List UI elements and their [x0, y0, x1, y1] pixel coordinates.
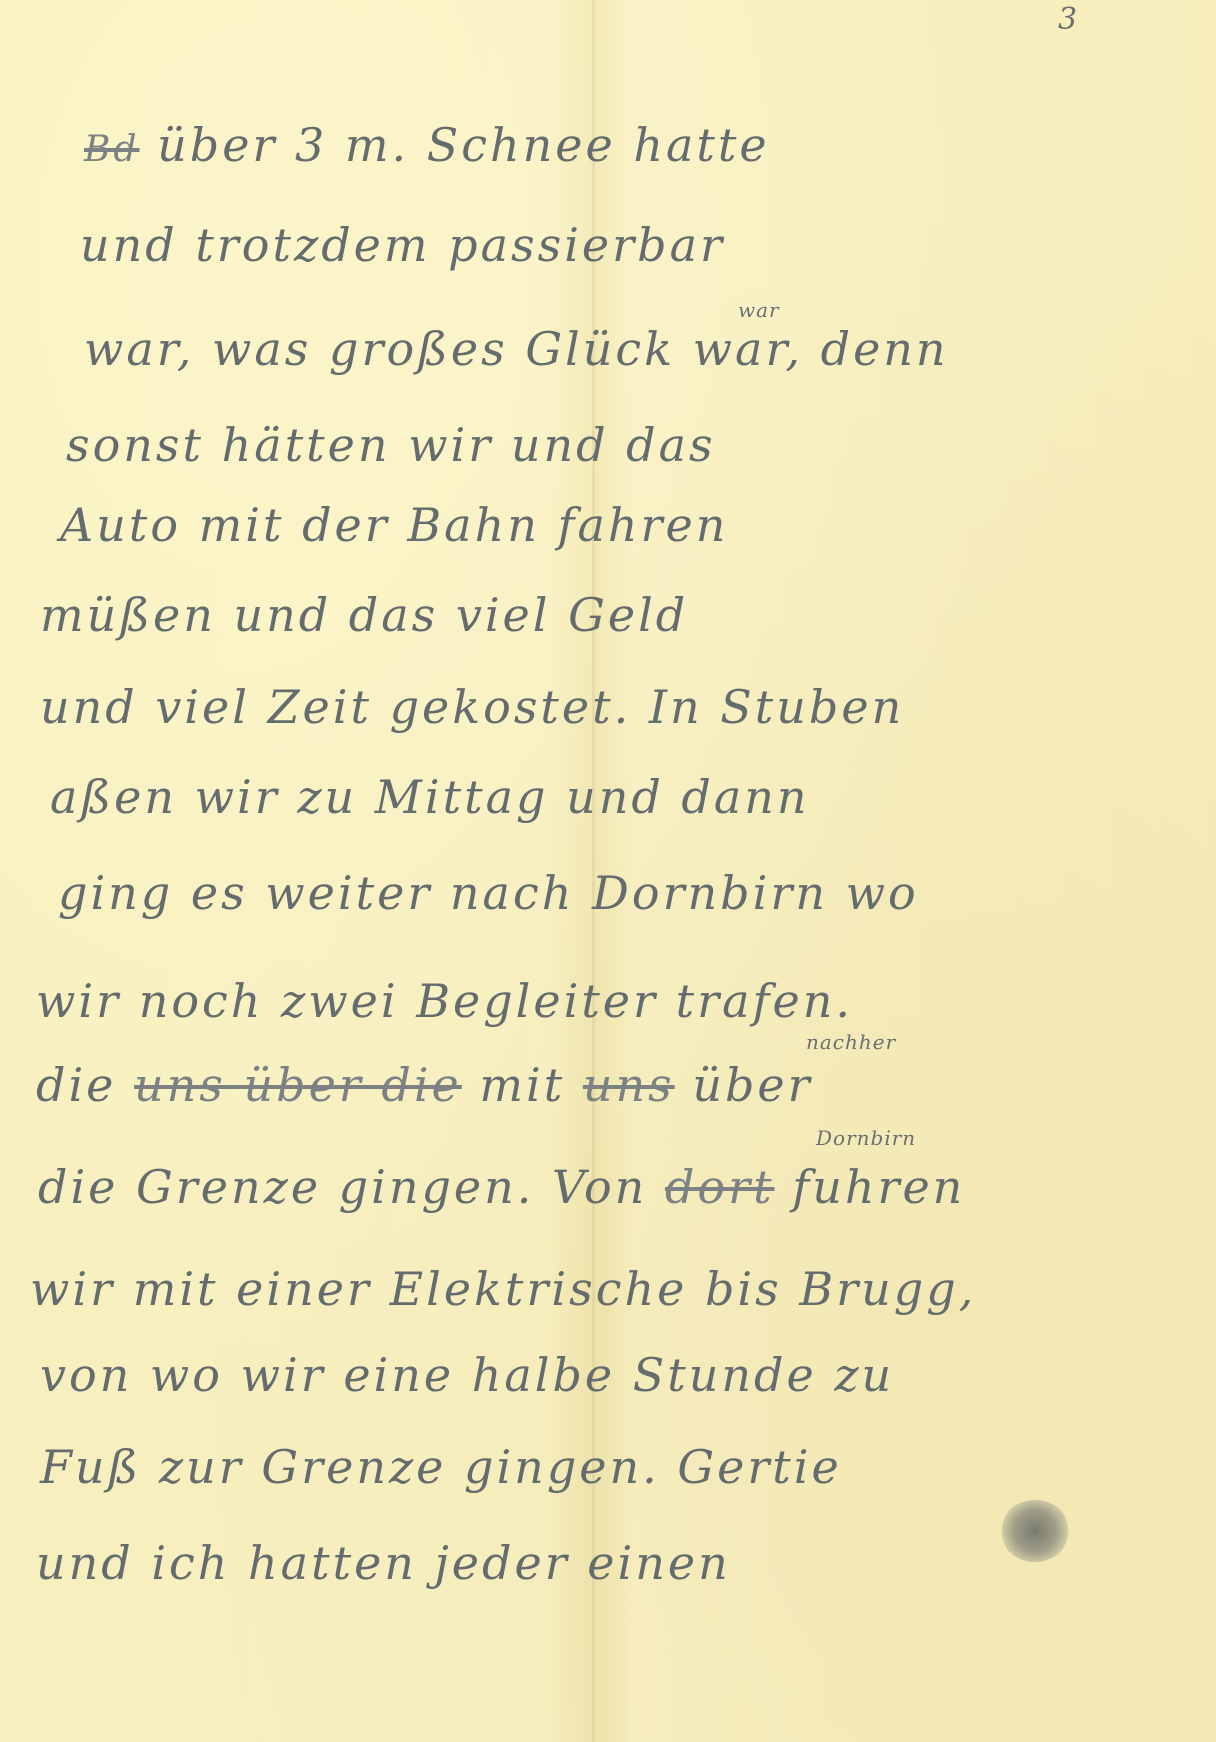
text-line-6: müßen und das viel Geld: [40, 588, 688, 642]
struck-text: uns: [583, 1058, 675, 1112]
text-line-10: wir noch zwei Begleiter trafen.: [36, 974, 853, 1028]
struck-prefix: Bd: [84, 129, 140, 170]
letter-page: 3 Bd über 3 m. Schnee hatte und trotzdem…: [0, 0, 1216, 1742]
text-line-3: war, was großes Glück war, denn: [84, 322, 949, 376]
line-text: und viel Zeit gekostet. In Stuben: [40, 680, 904, 734]
line-text: Fuß zur Grenze gingen. Gertie: [40, 1440, 842, 1494]
text-line-1: Bd über 3 m. Schnee hatte: [84, 118, 770, 172]
line-text: mit: [479, 1058, 565, 1112]
line-text: war, was großes Glück war, denn: [84, 322, 949, 376]
line-text: über: [692, 1058, 812, 1112]
text-line-9: ging es weiter nach Dornbirn wo: [58, 866, 919, 920]
line-text: die: [36, 1058, 116, 1112]
scribbled-out-word: [1000, 1500, 1070, 1562]
line-text: fuhren: [792, 1160, 965, 1214]
line-text: wir noch zwei Begleiter trafen.: [36, 974, 853, 1028]
line-text: über 3 m. Schnee hatte: [157, 118, 770, 172]
struck-text: uns über die: [134, 1058, 462, 1112]
struck-text: dort: [665, 1160, 775, 1214]
line-text: müßen und das viel Geld: [40, 588, 688, 642]
text-line-2: und trotzdem passierbar: [80, 218, 725, 272]
text-line-15: Fuß zur Grenze gingen. Gertie: [40, 1440, 842, 1494]
line-text: ging es weiter nach Dornbirn wo: [58, 866, 919, 920]
insertion-dornbirn: Dornbirn: [816, 1126, 916, 1150]
line-text: und ich hatten jeder einen: [36, 1536, 731, 1590]
text-line-4: sonst hätten wir und das: [66, 418, 716, 472]
text-line-14: von wo wir eine halbe Stunde zu: [40, 1348, 894, 1402]
line-text: wir mit einer Elektrische bis Brugg,: [30, 1262, 976, 1316]
text-line-7: und viel Zeit gekostet. In Stuben: [40, 680, 904, 734]
line-text: aßen wir zu Mittag und dann: [50, 770, 810, 824]
line-text: und trotzdem passierbar: [80, 218, 725, 272]
text-line-5: Auto mit der Bahn fahren: [60, 498, 728, 552]
text-line-12: die Grenze gingen. Von dort fuhren: [38, 1160, 965, 1214]
line-text: von wo wir eine halbe Stunde zu: [40, 1348, 894, 1402]
line-text: Auto mit der Bahn fahren: [60, 498, 728, 552]
text-line-13: wir mit einer Elektrische bis Brugg,: [30, 1262, 976, 1316]
text-line-8: aßen wir zu Mittag und dann: [50, 770, 810, 824]
page-number: 3: [1058, 2, 1077, 37]
text-line-11: die uns über die mit uns über: [36, 1058, 813, 1112]
line-text: die Grenze gingen. Von: [38, 1160, 647, 1214]
insertion-nachher: nachher: [806, 1030, 896, 1054]
insertion-war: war: [738, 298, 780, 322]
text-line-16: und ich hatten jeder einen: [36, 1536, 731, 1590]
line-text: sonst hätten wir und das: [66, 418, 716, 472]
